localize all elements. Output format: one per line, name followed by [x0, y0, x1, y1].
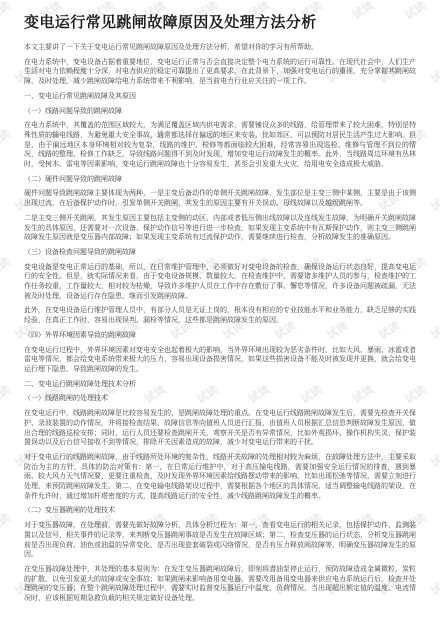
section-2-heading: 二、变电运行跳闸故障处理技术分析 [24, 380, 416, 390]
paragraph: 对于变电运行的线路跳闸故障，由于线路所处环境的复杂性，线路开关故障的处理相对较为… [24, 453, 416, 502]
paragraph: 变电设备是变电正常运行的基础，所以，在日常维护管理中，必须做好对变电设备的检查，… [24, 263, 416, 302]
subsection-1-1-heading: （一）线路问题导致的跳闸故障 [24, 107, 416, 117]
section-1-heading: 一、变电运行常见跳闸故障及其原因 [24, 92, 416, 102]
paragraph: 在变电运行过程中，外界环境因素对变电安全也起着极大的影响，当外界环境出现较为恶劣… [24, 346, 416, 375]
subsection-2-2-heading: （二）变压器跳闸的处理技术 [24, 506, 416, 516]
subsection-1-3-heading: （三）设备检查问题导致的跳闸故障 [24, 248, 416, 258]
paragraph: 硬件问题导致跳闸故障主要体现为两种，一是主变后备动作的单侧开关跳闸故障，发生部位… [24, 189, 416, 208]
document-content: 变电运行常见跳闸故障原因及处理方法分析 本文主要讲了一下关于变电运行常见跳闸故障… [0, 0, 440, 604]
paragraph: 在变压器故障处理中，其处理的基本原则为：在发生变压器跳闸故障后，即刻将潜油泵停止… [24, 565, 416, 604]
paragraph: 此外，在变电设备运行维护管理人员中，有部分人员是无证上岗的，根本没有相应的专业技… [24, 306, 416, 325]
paragraph: 二是主变三侧开关跳闸，其发生原因主要包括主变侧的动区、内部或者低压侧出线故障以及… [24, 214, 416, 243]
paragraph: 对于变压器故障，在处理前，需要先做好故障分析，具体分析过程为：第一，查看变电运行… [24, 521, 416, 560]
subsection-1-4-heading: （四）外界环境因素导致的跳闸故障 [24, 331, 416, 341]
paragraph: 在电力系统中，变电设备占据着重要地位，变电运行正常与否会直接决定整个电力系统的运… [24, 58, 416, 87]
paragraph: 在电力系统中，其覆盖的范围区域较大，为满足覆盖区域内供电需求，需要铺设众多的线路… [24, 121, 416, 170]
doc-title: 变电运行常见跳闸故障原因及处理方法分析 [24, 13, 416, 32]
intro-paragraph: 本文主要讲了一下关于变电运行常见跳闸故障原因及处理方法分析，希望对你的学习有所帮… [24, 43, 416, 53]
document-page: 试读试读试读试读试读试读试读试读试读试读试读试读试读试读试读试读试读试读试读试读… [0, 0, 440, 620]
subsection-1-2-heading: （二）硬件问题导致的跳闸故障 [24, 175, 416, 185]
subsection-2-1-heading: （一）线路跳闸的处理技术 [24, 394, 416, 404]
paragraph: 在变电运行中，线路跳闸故障是比较容易发生的，是跳闸故障处理的重点。在变电运行线路… [24, 409, 416, 448]
